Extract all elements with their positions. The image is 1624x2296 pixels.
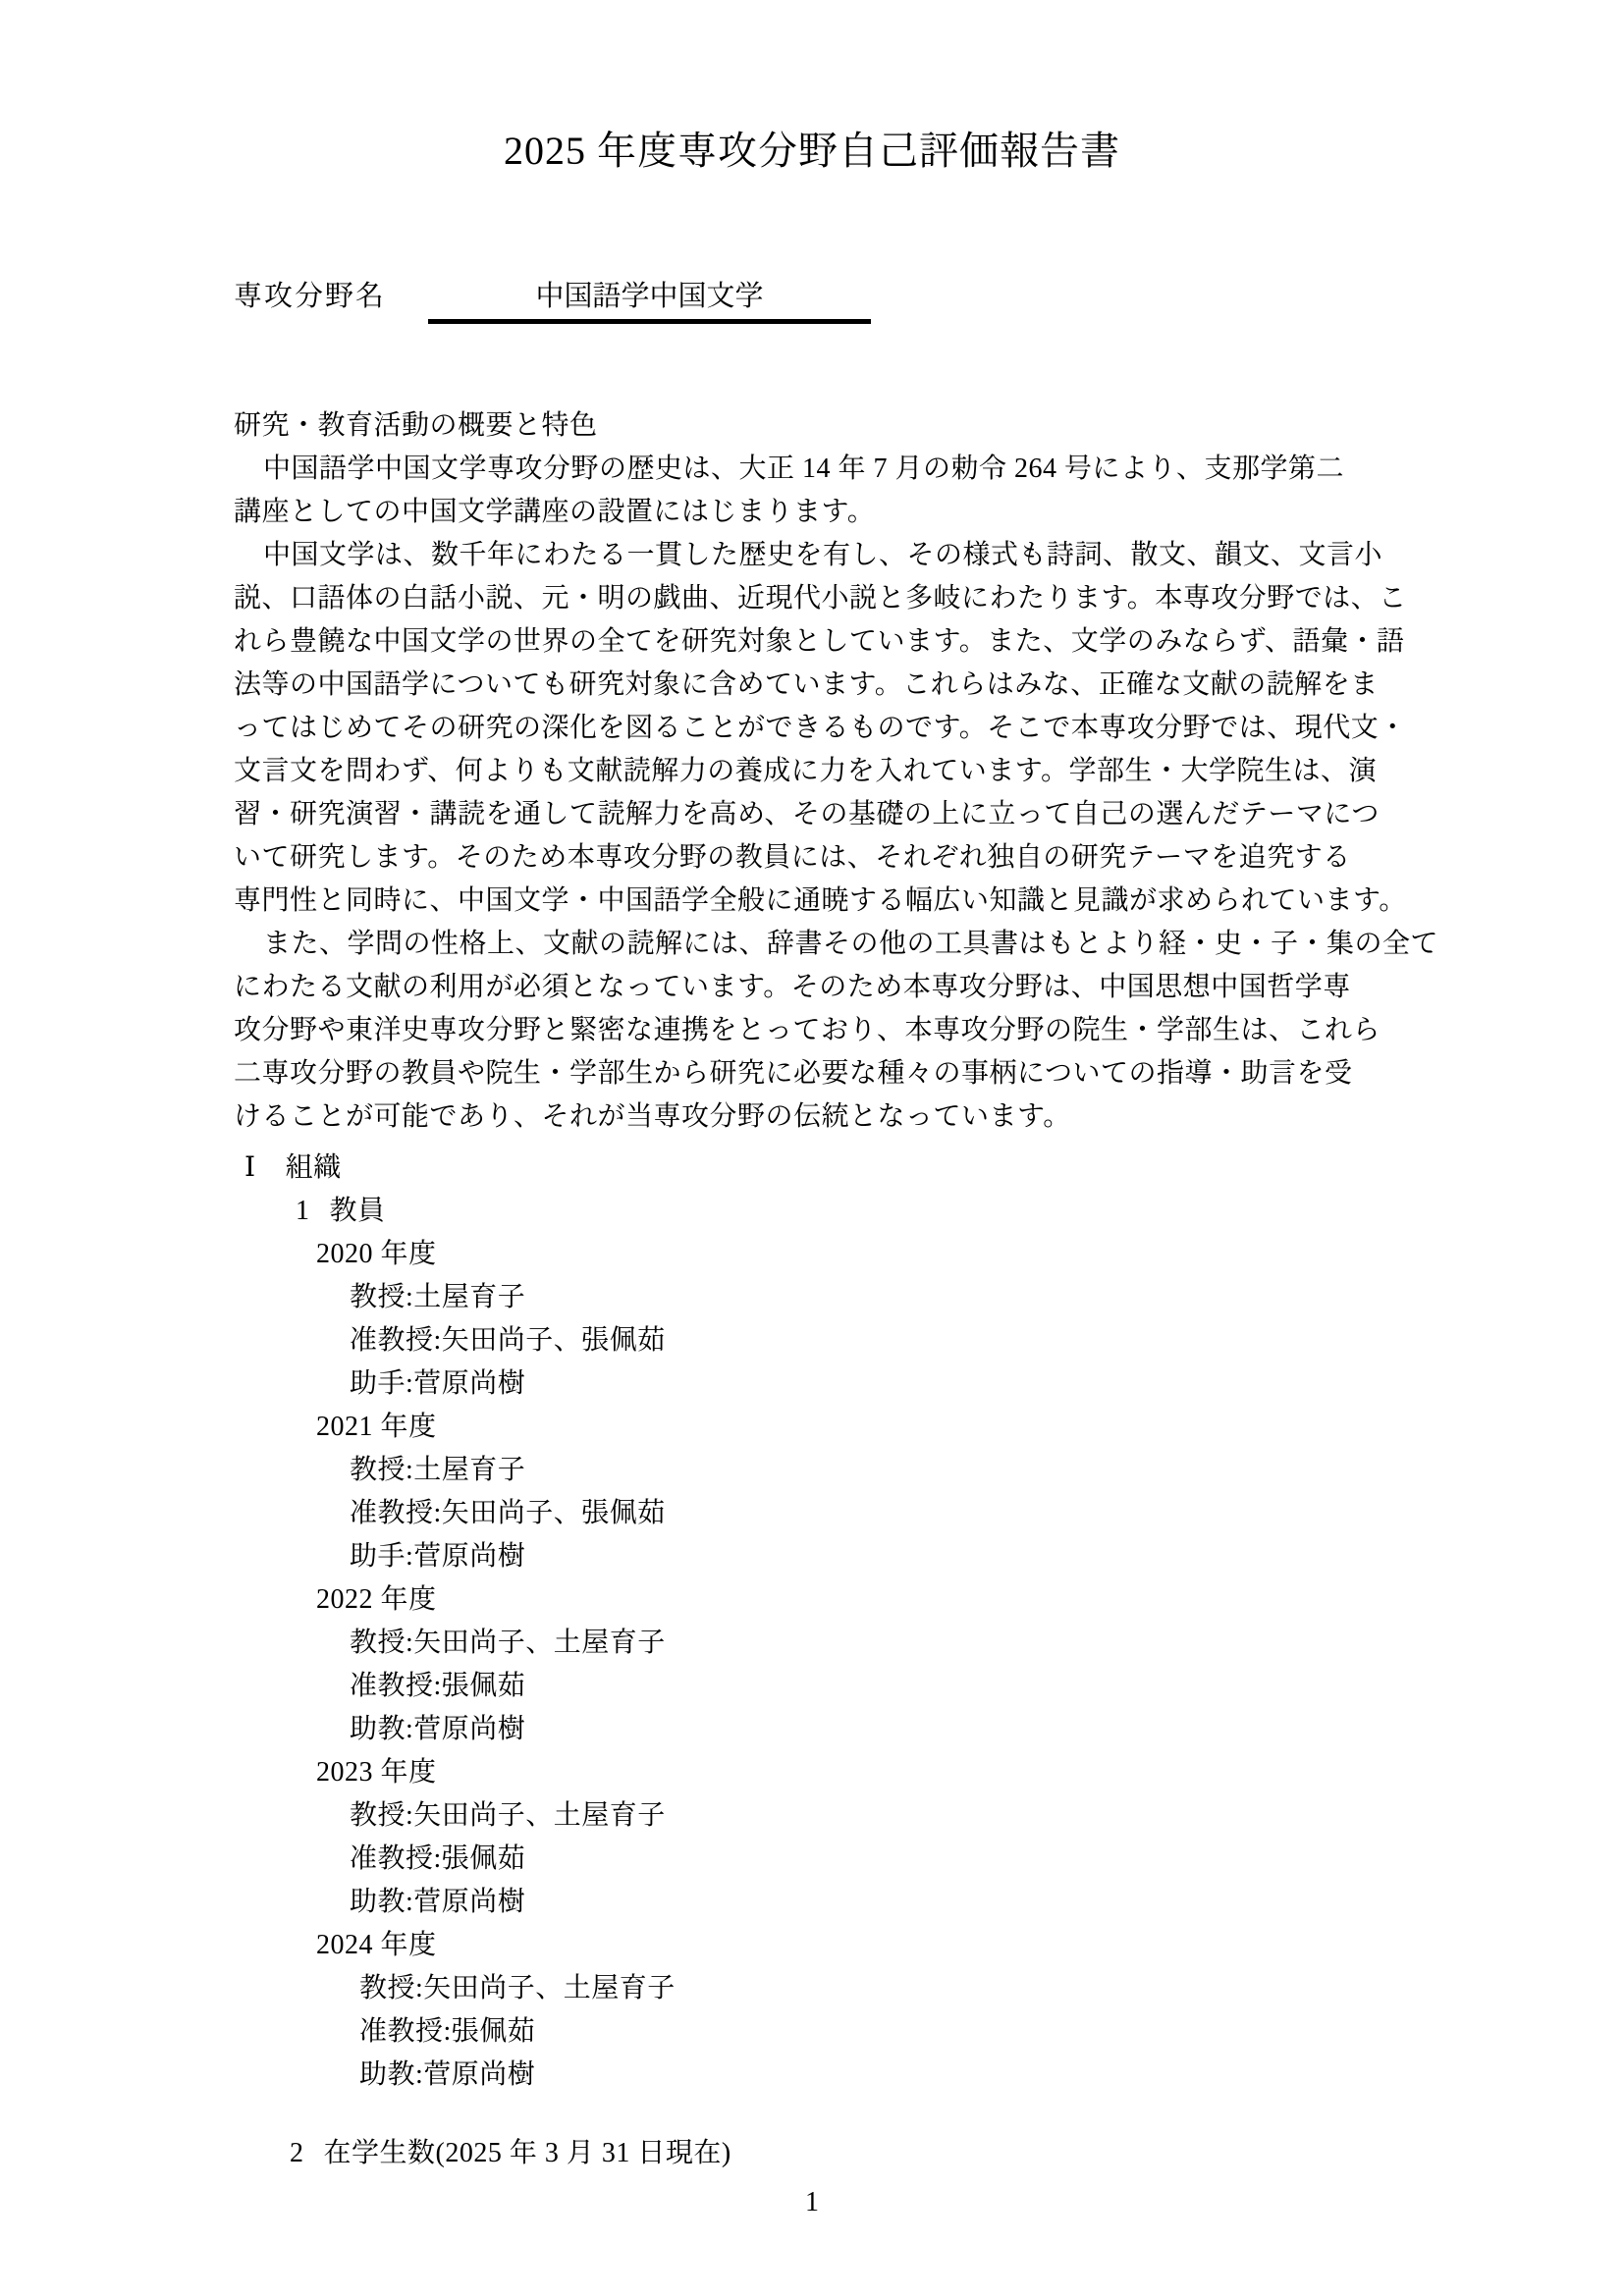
section-title: 組織 [286, 1152, 342, 1183]
overview-paragraph2-line: 習・研究演習・講読を通して読解力を高め、その基礎の上に立って自己の選んだテーマに… [234, 793, 1471, 836]
faculty-year-label: 2023 年度 [234, 1751, 1471, 1794]
overview-paragraph1-line: 講座としての中国文学講座の設置にはじまります。 [234, 491, 1471, 534]
faculty-entry: 准教授:張佩茹 [234, 2010, 1471, 2054]
faculty-year-label: 2020 年度 [234, 1233, 1471, 1276]
faculty-year-block: 2023 年度 教授:矢田尚子、土屋育子 准教授:張佩茹 助教:菅原尚樹 [234, 1751, 1471, 1924]
organization-section-heading: Ⅰ組織 [234, 1147, 1471, 1190]
page-number: 1 [0, 2181, 1624, 2224]
students-heading: 2在学生数(2025 年 3 月 31 日現在) [234, 2132, 731, 2175]
specialty-field-row: 専攻分野名 中国語学中国文学 [0, 280, 1624, 339]
specialty-field-value: 中国語学中国文学 [428, 280, 871, 324]
faculty-entry: 助手:菅原尚樹 [234, 1535, 1471, 1578]
overview-paragraph3-line: にわたる文献の利用が必須となっています。そのため本専攻分野は、中国思想中国哲学専 [234, 966, 1471, 1009]
section-organization: Ⅰ組織 1教員 2020 年度 教授:土屋育子 准教授:矢田尚子、張佩茹 助手:… [234, 1147, 1471, 2097]
overview-paragraph2-line: いて研究します。そのため本専攻分野の教員には、それぞれ独自の研究テーマを追究する [234, 836, 1471, 880]
faculty-year-label: 2022 年度 [234, 1578, 1471, 1622]
section-number: Ⅰ [244, 1152, 256, 1183]
overview-paragraph2-line: 説、口語体の白話小説、元・明の戯曲、近現代小説と多岐にわたります。本専攻分野では… [234, 577, 1471, 620]
faculty-entry: 助手:菅原尚樹 [234, 1362, 1471, 1406]
faculty-entry: 教授:矢田尚子、土屋育子 [234, 1622, 1471, 1665]
overview-paragraph2-line: ってはじめてその研究の深化を図ることができるものです。そこで本専攻分野では、現代… [234, 707, 1471, 750]
overview-paragraph2-line: 中国文学は、数千年にわたる一貫した歴史を有し、その様式も詩詞、散文、韻文、文言小 [234, 534, 1471, 577]
overview-paragraph3-line: 攻分野や東洋史専攻分野と緊密な連携をとっており、本専攻分野の院生・学部生は、これ… [234, 1009, 1471, 1052]
faculty-heading: 1教員 [234, 1190, 1471, 1233]
overview-paragraph2-line: れら豊饒な中国文学の世界の全てを研究対象としています。また、文学のみならず、語彙… [234, 620, 1471, 664]
faculty-entry: 准教授:矢田尚子、張佩茹 [234, 1492, 1471, 1535]
overview-paragraph2-line: 文言文を問わず、何よりも文献読解力の養成に力を入れています。学部生・大学院生は、… [234, 750, 1471, 793]
students-heading-number: 2 [290, 2138, 304, 2168]
faculty-entry: 助教:菅原尚樹 [234, 1881, 1471, 1924]
overview-paragraph3-line: また、学問の性格上、文献の読解には、辞書その他の工具書はもとより経・史・子・集の… [234, 923, 1471, 966]
overview-paragraph3-line: 二専攻分野の教員や院生・学部生から研究に必要な種々の事柄についての指導・助言を受 [234, 1052, 1471, 1095]
faculty-year-block: 2021 年度 教授:土屋育子 准教授:矢田尚子、張佩茹 助手:菅原尚樹 [234, 1406, 1471, 1578]
document-page: 2025 年度専攻分野自己評価報告書 専攻分野名 中国語学中国文学 研究・教育活… [0, 0, 1624, 2296]
faculty-entry: 准教授:張佩茹 [234, 1665, 1471, 1708]
faculty-heading-number: 1 [296, 1196, 310, 1226]
faculty-entry: 教授:土屋育子 [234, 1276, 1471, 1319]
faculty-entry: 教授:矢田尚子、土屋育子 [234, 1794, 1471, 1838]
faculty-year-block: 2024 年度 教授:矢田尚子、土屋育子 准教授:張佩茹 助教:菅原尚樹 [234, 1924, 1471, 2097]
faculty-heading-title: 教員 [330, 1196, 386, 1226]
overview-section: 研究・教育活動の概要と特色 中国語学中国文学専攻分野の歴史は、大正 14 年 7… [234, 404, 1471, 1139]
overview-paragraph3-line: けることが可能であり、それが当専攻分野の伝統となっています。 [234, 1095, 1471, 1139]
overview-paragraph1-line: 中国語学中国文学専攻分野の歴史は、大正 14 年 7 月の勅令 264 号により… [234, 448, 1471, 491]
students-heading-title: 在学生数(2025 年 3 月 31 日現在) [324, 2138, 731, 2168]
faculty-year-label: 2021 年度 [234, 1406, 1471, 1449]
overview-paragraph2-line: 法等の中国語学についても研究対象に含めています。これらはみな、正確な文献の読解を… [234, 664, 1471, 707]
faculty-entry: 准教授:張佩茹 [234, 1838, 1471, 1881]
faculty-entry: 准教授:矢田尚子、張佩茹 [234, 1319, 1471, 1362]
faculty-entry: 助教:菅原尚樹 [234, 1708, 1471, 1751]
faculty-year-block: 2022 年度 教授:矢田尚子、土屋育子 准教授:張佩茹 助教:菅原尚樹 [234, 1578, 1471, 1751]
faculty-entry: 教授:土屋育子 [234, 1449, 1471, 1492]
overview-heading: 研究・教育活動の概要と特色 [234, 404, 1471, 448]
faculty-year-label: 2024 年度 [234, 1924, 1471, 1967]
faculty-year-block: 2020 年度 教授:土屋育子 准教授:矢田尚子、張佩茹 助手:菅原尚樹 [234, 1233, 1471, 1406]
document-title: 2025 年度専攻分野自己評価報告書 [0, 128, 1624, 175]
overview-paragraph2-line: 専門性と同時に、中国文学・中国語学全般に通暁する幅広い知識と見識が求められていま… [234, 880, 1471, 923]
faculty-entry: 教授:矢田尚子、土屋育子 [234, 1967, 1471, 2010]
faculty-entry: 助教:菅原尚樹 [234, 2054, 1471, 2097]
specialty-field-label: 専攻分野名 [234, 280, 386, 313]
